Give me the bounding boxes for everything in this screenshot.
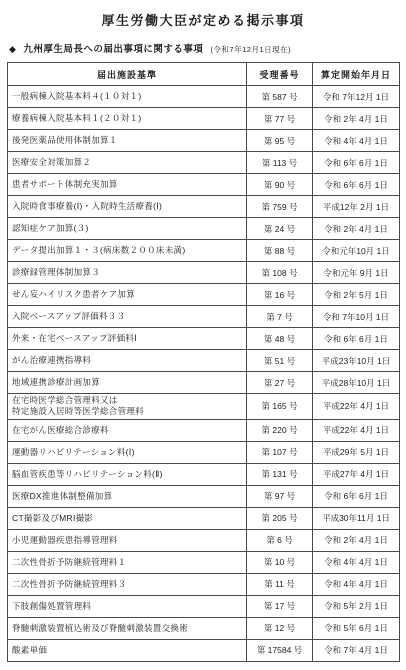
row-start-date: 平成12年 2月 1日 [313,196,400,218]
row-start-date: 令和 2年 4月 1日 [313,529,400,551]
row-start-date: 令和元年10月 1日 [313,240,400,262]
section-heading-text: 九州厚生局長への届出事項に関する事項 [23,41,203,55]
row-start-date: 平成29年 5月 1日 [313,441,400,463]
row-acceptance-number: 第 108 号 [247,262,313,284]
row-facility-standard: 酸素単価 [8,639,247,661]
row-start-date: 令和 5年 6月 1日 [313,617,400,639]
row-acceptance-number: 第 48 号 [247,328,313,350]
row-facility-standard: 一般病棟入院基本料４(１０対１) [8,86,247,108]
row-acceptance-number: 第 6 号 [247,529,313,551]
notification-table: 届出施設基準 受理番号 算定開始年月日 一般病棟入院基本料４(１０対１)第 58… [7,62,400,662]
row-facility-standard: せん妄ハイリスク患者ケア加算 [8,284,247,306]
row-facility-standard: 小児運動器疾患指導管理料 [8,529,247,551]
row-start-date: 平成28年10月 1日 [313,372,400,394]
row-facility-standard: 後発医薬品使用体制加算１ [8,130,247,152]
row-acceptance-number: 第 95 号 [247,130,313,152]
row-acceptance-number: 第 12 号 [247,617,313,639]
table-row: がん治療連携指導料第 51 号平成23年10月 1日 [8,350,400,372]
row-start-date: 平成27年 4月 1日 [313,463,400,485]
column-header-facility-standard: 届出施設基準 [8,63,247,86]
table-row: 患者サポート体制充実加算第 90 号令和 6年 6月 1日 [8,174,400,196]
row-start-date: 令和 4年 4月 1日 [313,130,400,152]
section-heading: ◆ 九州厚生局長への届出事項に関する事項 (令和7年12月1日現在) [9,41,399,55]
table-row: 二次性骨折予防継続管理料１第 10 号令和 4年 4月 1日 [8,551,400,573]
table-row: 在宅時医学総合管理料又は 特定施設入居時等医学総合管理料第 165 号平成22年… [8,394,400,420]
row-start-date: 平成22年 4月 1日 [313,419,400,441]
row-acceptance-number: 第 759 号 [247,196,313,218]
row-start-date: 平成30年11月 1日 [313,507,400,529]
row-acceptance-number: 第 11 号 [247,573,313,595]
row-start-date: 令和 7年12月 1日 [313,86,400,108]
page-title: 厚生労働大臣が定める掲示事項 [7,10,399,29]
row-facility-standard: 在宅がん医療総合診療料 [8,419,247,441]
row-facility-standard: 運動器リハビリテーション料(Ⅰ) [8,441,247,463]
table-row: 脊髄刺激装置植込術及び脊髄刺激装置交換術第 12 号令和 5年 6月 1日 [8,617,400,639]
row-start-date: 令和 4年 4月 1日 [313,573,400,595]
row-acceptance-number: 第 131 号 [247,463,313,485]
row-facility-standard: データ提出加算１・３(病床数２００床未満) [8,240,247,262]
document-page: 厚生労働大臣が定める掲示事項 ◆ 九州厚生局長への届出事項に関する事項 (令和7… [0,0,406,670]
table-row: CT撮影及びMRI撮影第 205 号平成30年11月 1日 [8,507,400,529]
row-start-date: 令和 2年 4月 1日 [313,108,400,130]
row-acceptance-number: 第 107 号 [247,441,313,463]
row-start-date: 令和 2年 4月 1日 [313,218,400,240]
table-row: 入院ベースアップ評価料３３第 7 号令和 7年10月 1日 [8,306,400,328]
table-body: 一般病棟入院基本料４(１０対１)第 587 号令和 7年12月 1日療養病棟入院… [8,86,400,662]
table-row: 酸素単価第 17584 号令和 7年 4月 1日 [8,639,400,661]
row-acceptance-number: 第 16 号 [247,284,313,306]
row-start-date: 令和 6年 6月 1日 [313,485,400,507]
table-row: 脳血管疾患等リハビリテーション料(Ⅱ)第 131 号平成27年 4月 1日 [8,463,400,485]
table-row: 地域連携診療計画加算第 27 号平成28年10月 1日 [8,372,400,394]
row-start-date: 平成22年 4月 1日 [313,394,400,420]
table-row: 医療DX推進体制整備加算第 97 号令和 6年 6月 1日 [8,485,400,507]
row-start-date: 令和 5年 2月 1日 [313,595,400,617]
table-row: データ提出加算１・３(病床数２００床未満)第 88 号令和元年10月 1日 [8,240,400,262]
row-acceptance-number: 第 113 号 [247,152,313,174]
row-facility-standard: 二次性骨折予防継続管理料１ [8,551,247,573]
row-facility-standard: 医療安全対策加算２ [8,152,247,174]
table-row: せん妄ハイリスク患者ケア加算第 16 号令和 2年 5月 1日 [8,284,400,306]
row-facility-standard: がん治療連携指導料 [8,350,247,372]
row-facility-standard: 外来・在宅ベースアップ評価料Ⅰ [8,328,247,350]
table-row: 運動器リハビリテーション料(Ⅰ)第 107 号平成29年 5月 1日 [8,441,400,463]
table-row: 療養病棟入院基本料１(２０対１)第 77 号令和 2年 4月 1日 [8,108,400,130]
row-facility-standard: 入院時食事療養(Ⅰ)・入院時生活療養(Ⅰ) [8,196,247,218]
row-facility-standard: 脳血管疾患等リハビリテーション料(Ⅱ) [8,463,247,485]
column-header-acceptance-number: 受理番号 [247,63,313,86]
table-row: 認知症ケア加算(３)第 24 号令和 2年 4月 1日 [8,218,400,240]
row-start-date: 令和元年 9月 1日 [313,262,400,284]
table-row: 診療録管理体制加算３第 108 号令和元年 9月 1日 [8,262,400,284]
table-row: 在宅がん医療総合診療料第 220 号平成22年 4月 1日 [8,419,400,441]
row-start-date: 令和 2年 5月 1日 [313,284,400,306]
table-row: 一般病棟入院基本料４(１０対１)第 587 号令和 7年12月 1日 [8,86,400,108]
table-row: 医療安全対策加算２第 113 号令和 6年 6月 1日 [8,152,400,174]
diamond-bullet-icon: ◆ [9,44,16,55]
row-start-date: 令和 7年10月 1日 [313,306,400,328]
column-header-start-date: 算定開始年月日 [313,63,400,86]
row-acceptance-number: 第 17584 号 [247,639,313,661]
row-acceptance-number: 第 24 号 [247,218,313,240]
row-acceptance-number: 第 97 号 [247,485,313,507]
row-start-date: 令和 6年 6月 1日 [313,152,400,174]
table-row: 下肢創傷処置管理料第 17 号令和 5年 2月 1日 [8,595,400,617]
row-acceptance-number: 第 165 号 [247,394,313,420]
row-facility-standard: 認知症ケア加算(３) [8,218,247,240]
row-acceptance-number: 第 77 号 [247,108,313,130]
row-start-date: 令和 6年 6月 1日 [313,174,400,196]
row-facility-standard: 在宅時医学総合管理料又は 特定施設入居時等医学総合管理料 [8,394,247,420]
row-start-date: 令和 4年 4月 1日 [313,551,400,573]
row-facility-standard: 入院ベースアップ評価料３３ [8,306,247,328]
row-facility-standard: CT撮影及びMRI撮影 [8,507,247,529]
row-facility-standard: 下肢創傷処置管理料 [8,595,247,617]
row-acceptance-number: 第 205 号 [247,507,313,529]
row-acceptance-number: 第 10 号 [247,551,313,573]
row-start-date: 令和 7年 4月 1日 [313,639,400,661]
row-start-date: 平成23年10月 1日 [313,350,400,372]
table-row: 入院時食事療養(Ⅰ)・入院時生活療養(Ⅰ)第 759 号平成12年 2月 1日 [8,196,400,218]
row-acceptance-number: 第 7 号 [247,306,313,328]
row-facility-standard: 患者サポート体制充実加算 [8,174,247,196]
row-acceptance-number: 第 88 号 [247,240,313,262]
row-facility-standard: 二次性骨折予防継続管理料３ [8,573,247,595]
row-facility-standard: 医療DX推進体制整備加算 [8,485,247,507]
row-acceptance-number: 第 17 号 [247,595,313,617]
row-acceptance-number: 第 27 号 [247,372,313,394]
row-facility-standard: 地域連携診療計画加算 [8,372,247,394]
row-start-date: 令和 6年 6月 1日 [313,328,400,350]
row-acceptance-number: 第 90 号 [247,174,313,196]
row-facility-standard: 診療録管理体制加算３ [8,262,247,284]
table-row: 二次性骨折予防継続管理料３第 11 号令和 4年 4月 1日 [8,573,400,595]
table-header: 届出施設基準 受理番号 算定開始年月日 [8,63,400,86]
row-acceptance-number: 第 220 号 [247,419,313,441]
table-row: 外来・在宅ベースアップ評価料Ⅰ第 48 号令和 6年 6月 1日 [8,328,400,350]
table-row: 小児運動器疾患指導管理料第 6 号令和 2年 4月 1日 [8,529,400,551]
row-acceptance-number: 第 51 号 [247,350,313,372]
row-facility-standard: 療養病棟入院基本料１(２０対１) [8,108,247,130]
row-acceptance-number: 第 587 号 [247,86,313,108]
row-facility-standard: 脊髄刺激装置植込術及び脊髄刺激装置交換術 [8,617,247,639]
as-of-date-note: (令和7年12月1日現在) [210,44,291,55]
table-row: 後発医薬品使用体制加算１第 95 号令和 4年 4月 1日 [8,130,400,152]
